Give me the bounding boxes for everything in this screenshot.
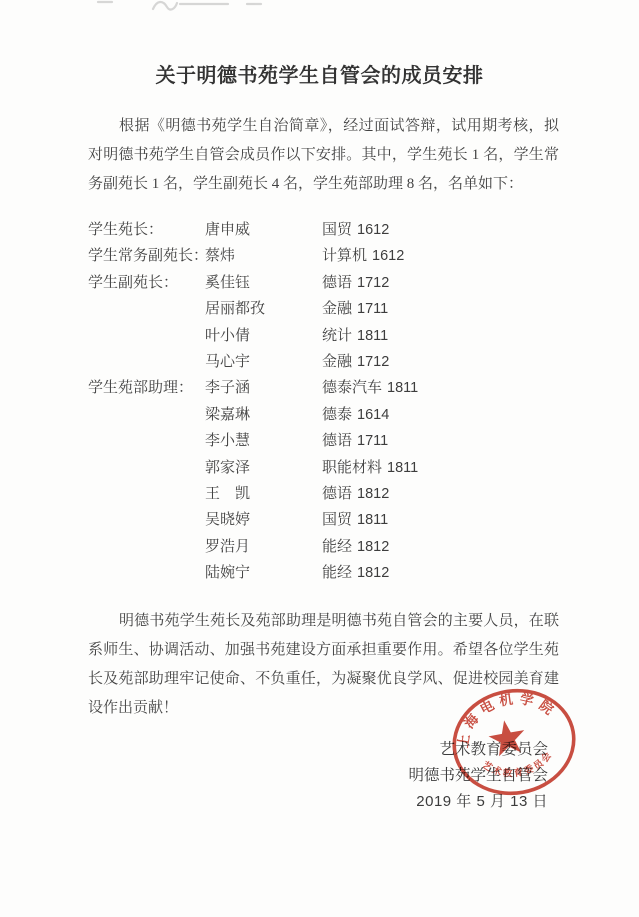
- roster-role-label: 学生副苑长：: [88, 270, 205, 296]
- roster-role-label: [88, 402, 205, 428]
- roster-member-major: 德语1711: [322, 428, 388, 454]
- roster-member-name: 居丽都孜: [205, 296, 322, 322]
- roster-role-label: [88, 455, 205, 481]
- roster-member-name: 蔡炜: [205, 243, 322, 269]
- roster-member-name: 陆婉宁: [205, 560, 322, 586]
- document-page: 关于明德书苑学生自管会的成员安排 根据《明德书苑学生自治简章》，经过面试答辩，试…: [0, 0, 639, 917]
- roster-row: 王 凯 德语1812: [88, 481, 559, 507]
- roster-member-major: 统计1811: [322, 323, 388, 349]
- roster-member-major: 职能材料1811: [322, 455, 418, 481]
- class-number: 1711: [357, 301, 388, 317]
- roster-row: 郭家泽 职能材料1811: [88, 455, 559, 481]
- roster-row: 罗浩月 能经1812: [88, 534, 559, 560]
- page-title: 关于明德书苑学生自管会的成员安排: [0, 0, 639, 90]
- roster-row: 学生苑长： 唐申威 国贸1612: [88, 217, 559, 243]
- roster-member-name: 叶小倩: [205, 323, 322, 349]
- major-text: 德语: [322, 433, 352, 449]
- major-text: 能经: [322, 565, 352, 581]
- major-text: 计算机: [322, 248, 367, 264]
- class-number: 1712: [357, 275, 389, 291]
- major-text: 统计: [322, 328, 352, 344]
- roster-list: 学生苑长： 唐申威 国贸1612 学生常务副苑长： 蔡炜 计算机1612 学生副…: [88, 217, 559, 587]
- roster-role-label: [88, 349, 205, 375]
- class-number: 1614: [357, 407, 389, 423]
- roster-role-label: [88, 323, 205, 349]
- roster-member-major: 德语1812: [322, 481, 389, 507]
- major-text: 德语: [322, 275, 352, 291]
- roster-role-label: [88, 560, 205, 586]
- roster-role-label: [88, 481, 205, 507]
- roster-member-major: 能经1812: [322, 560, 389, 586]
- roster-row: 陆婉宁 能经1812: [88, 560, 559, 586]
- class-number: 1711: [357, 433, 388, 449]
- roster-member-name: 梁嘉琳: [205, 402, 322, 428]
- major-text: 德泰汽车: [322, 380, 382, 396]
- roster-member-name: 罗浩月: [205, 534, 322, 560]
- roster-role-label: [88, 534, 205, 560]
- roster-member-name: 吴晓婷: [205, 507, 322, 533]
- roster-member-name: 唐申威: [205, 217, 322, 243]
- major-text: 国贸: [322, 222, 352, 238]
- class-number: 1811: [357, 328, 388, 344]
- class-number: 1811: [357, 512, 388, 528]
- star-icon: [486, 717, 528, 757]
- roster-member-name: 郭家泽: [205, 455, 322, 481]
- roster-row: 梁嘉琳 德泰1614: [88, 402, 559, 428]
- class-number: 1612: [357, 222, 389, 238]
- roster-row: 居丽都孜 金融1711: [88, 296, 559, 322]
- roster-role-label: [88, 428, 205, 454]
- roster-member-major: 金融1711: [322, 296, 388, 322]
- roster-member-major: 德泰1614: [322, 402, 389, 428]
- major-text: 金融: [322, 354, 352, 370]
- major-text: 德泰: [322, 407, 352, 423]
- roster-member-major: 德语1712: [322, 270, 389, 296]
- roster-role-label: 学生常务副苑长：: [88, 243, 205, 269]
- class-number: 1812: [357, 565, 389, 581]
- roster-member-name: 奚佳钰: [205, 270, 322, 296]
- roster-member-major: 能经1812: [322, 534, 389, 560]
- seal-bottom-text: 艺术教育委员会: [479, 747, 558, 785]
- roster-member-major: 德泰汽车1811: [322, 375, 418, 401]
- class-number: 1811: [387, 380, 418, 396]
- roster-member-name: 李子涵: [205, 375, 322, 401]
- roster-role-label: [88, 507, 205, 533]
- class-number: 1811: [387, 460, 418, 476]
- roster-member-major: 国贸1811: [322, 507, 388, 533]
- major-text: 职能材料: [322, 460, 382, 476]
- roster-row: 叶小倩 统计1811: [88, 323, 559, 349]
- class-number: 1812: [357, 486, 389, 502]
- roster-role-label: [88, 296, 205, 322]
- roster-row: 李小慧 德语1711: [88, 428, 559, 454]
- roster-row: 学生常务副苑长： 蔡炜 计算机1612: [88, 243, 559, 269]
- roster-row: 吴晓婷 国贸1811: [88, 507, 559, 533]
- major-text: 德语: [322, 486, 352, 502]
- roster-row: 马心宇 金融1712: [88, 349, 559, 375]
- class-number: 1812: [357, 539, 389, 555]
- roster-member-major: 国贸1612: [322, 217, 389, 243]
- intro-paragraph: 根据《明德书苑学生自治简章》，经过面试答辩，试用期考核，拟对明德书苑学生自管会成…: [88, 112, 559, 199]
- roster-member-name: 马心宇: [205, 349, 322, 375]
- class-number: 1712: [357, 354, 389, 370]
- major-text: 国贸: [322, 512, 352, 528]
- roster-member-name: 李小慧: [205, 428, 322, 454]
- roster-role-label: 学生苑长：: [88, 217, 205, 243]
- handwriting-remnant: [95, 0, 280, 12]
- official-seal: 上海电机学院 艺术教育委员会: [435, 673, 593, 812]
- roster-member-name: 王 凯: [205, 481, 322, 507]
- class-number: 1612: [372, 248, 404, 264]
- roster-row: 学生苑部助理： 李子涵 德泰汽车1811: [88, 375, 559, 401]
- roster-role-label: 学生苑部助理：: [88, 375, 205, 401]
- roster-member-major: 计算机1612: [322, 243, 404, 269]
- major-text: 金融: [322, 301, 352, 317]
- major-text: 能经: [322, 539, 352, 555]
- roster-row: 学生副苑长： 奚佳钰 德语1712: [88, 270, 559, 296]
- roster-member-major: 金融1712: [322, 349, 389, 375]
